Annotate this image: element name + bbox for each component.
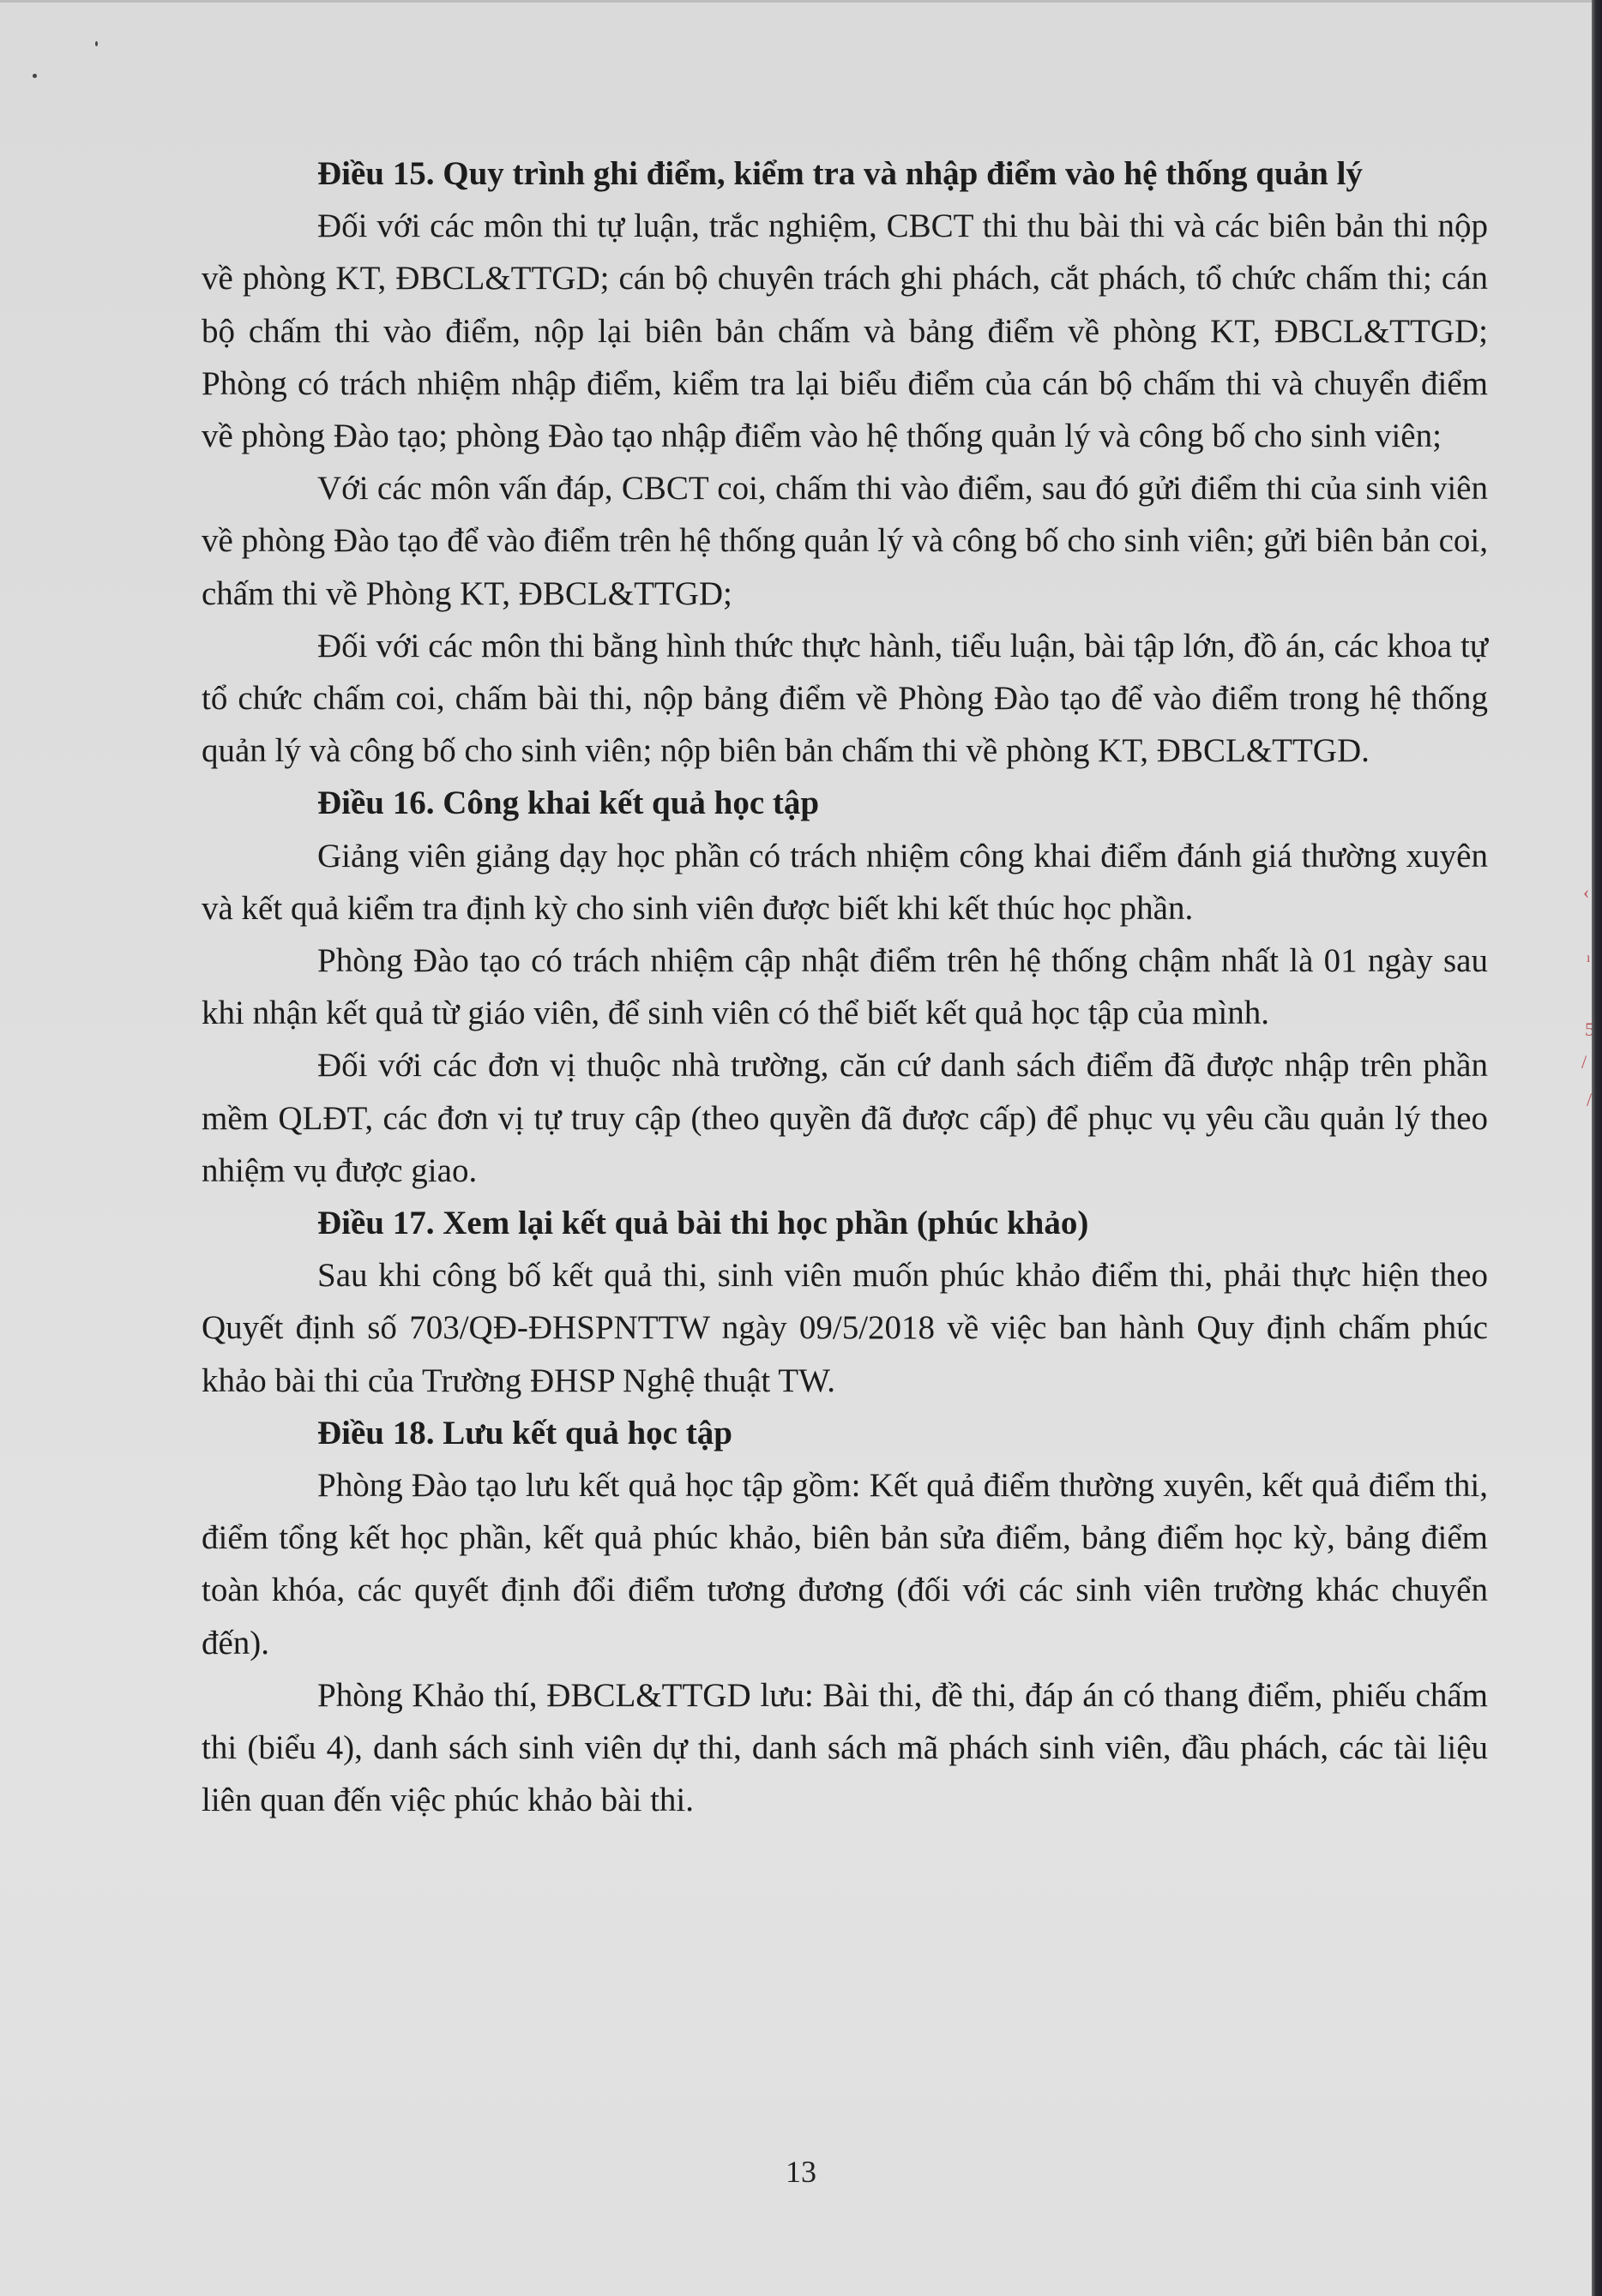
article-heading: Điều 15. Quy trình ghi điểm, kiểm tra và… — [202, 147, 1488, 200]
article-paragraph: Với các môn vấn đáp, CBCT coi, chấm thi … — [202, 462, 1488, 620]
article-paragraph: Đối với các đơn vị thuộc nhà trường, căn… — [202, 1039, 1488, 1197]
article-heading: Điều 17. Xem lại kết quả bài thi học phầ… — [202, 1197, 1488, 1249]
article-paragraph: Đối với các môn thi tự luận, trắc nghiệm… — [202, 200, 1488, 462]
article-15: Điều 15. Quy trình ghi điểm, kiểm tra và… — [202, 147, 1488, 777]
article-paragraph: Sau khi công bố kết quả thi, sinh viên m… — [202, 1249, 1488, 1407]
stamp-bleed-mark: ı — [1587, 952, 1590, 965]
paper-speck — [95, 41, 98, 46]
article-paragraph: Đối với các môn thi bằng hình thức thực … — [202, 620, 1488, 778]
page-top-edge — [0, 0, 1592, 3]
paper-speck — [33, 74, 37, 78]
stamp-bleed-mark: / — [1581, 1053, 1587, 1072]
article-paragraph: Giảng viên giảng dạy học phần có trách n… — [202, 830, 1488, 935]
stamp-bleed-mark: ‹ — [1583, 883, 1589, 902]
article-heading: Điều 18. Lưu kết quả học tập — [202, 1407, 1488, 1459]
article-paragraph: Phòng Khảo thí, ĐBCL&TTGD lưu: Bài thi, … — [202, 1669, 1488, 1827]
document-body: Điều 15. Quy trình ghi điểm, kiểm tra và… — [202, 147, 1488, 1827]
page-number: 13 — [0, 2154, 1602, 2190]
article-paragraph: Phòng Đào tạo có trách nhiệm cập nhật đi… — [202, 935, 1488, 1039]
article-17: Điều 17. Xem lại kết quả bài thi học phầ… — [202, 1197, 1488, 1407]
article-paragraph: Phòng Đào tạo lưu kết quả học tập gồm: K… — [202, 1459, 1488, 1669]
document-page: Điều 15. Quy trình ghi điểm, kiểm tra và… — [0, 0, 1592, 2296]
article-16: Điều 16. Công khai kết quả học tập Giảng… — [202, 777, 1488, 1197]
page-right-edge — [1592, 0, 1602, 2296]
article-18: Điều 18. Lưu kết quả học tập Phòng Đào t… — [202, 1407, 1488, 1827]
article-heading: Điều 16. Công khai kết quả học tập — [202, 777, 1488, 829]
